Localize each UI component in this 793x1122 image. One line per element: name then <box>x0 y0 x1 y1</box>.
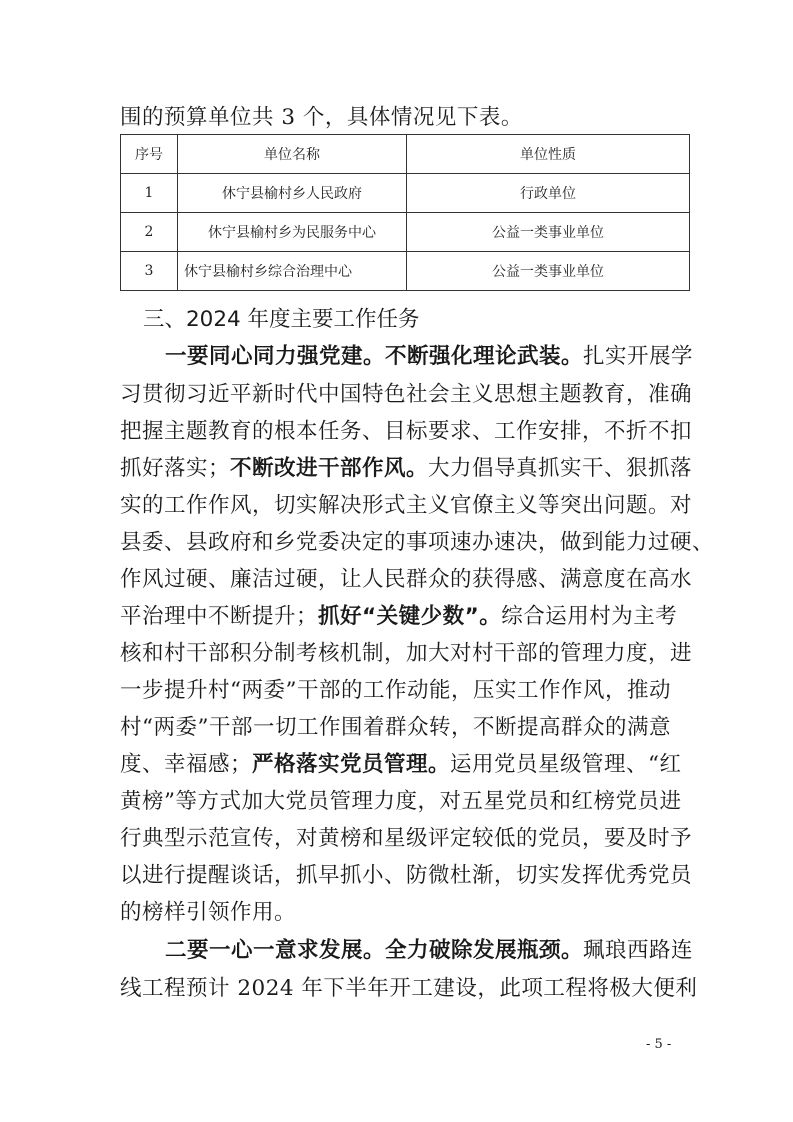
paragraph-line: 黄榜”等方式加大党员管理力度，对五星党员和红榜党员进 <box>120 788 690 816</box>
cell-unit-name: 休宁县榆村乡综合治理中心 <box>178 252 407 291</box>
paragraph-line: 平治理中不断提升；抓好“关键少数”。综合运用村为主考 <box>120 603 690 631</box>
cell-unit-name: 休宁县榆村乡为民服务中心 <box>178 213 407 252</box>
bold-lead: 一要同心同力强党建。不断强化理论武装。 <box>165 344 583 369</box>
text: 大力倡导真抓实干、狠抓落 <box>428 456 692 481</box>
cell-unit-name: 休宁县榆村乡人民政府 <box>178 174 407 213</box>
text: 度、幸福感； <box>120 752 252 777</box>
paragraph-line: 线工程预计 2024 年下半年开工建设，此项工程将极大便利 <box>120 975 690 1003</box>
table-row: 3 休宁县榆村乡综合治理中心 公益一类事业单位 <box>121 252 690 291</box>
paragraph-line: 实的工作作风，切实解决形式主义官僚主义等突出问题。对 <box>120 492 690 520</box>
paragraph-line: 习贯彻习近平新时代中国特色社会主义思想主题教育，准确 <box>120 381 690 409</box>
paragraph-line: 度、幸福感；严格落实党员管理。运用党员星级管理、“红 <box>120 751 690 779</box>
header-index: 序号 <box>121 135 178 174</box>
cell-index: 3 <box>121 252 178 291</box>
bold-lead: 二要一心一意求发展。全力破除发展瓶颈。 <box>165 938 583 963</box>
cell-unit-type: 公益一类事业单位 <box>407 213 690 252</box>
cell-index: 1 <box>121 174 178 213</box>
header-unit-name: 单位名称 <box>178 135 407 174</box>
bold-lead: 抓好“关键少数”。 <box>318 604 501 629</box>
text: 扎实开展学 <box>583 344 693 369</box>
table-header-row: 序号 单位名称 单位性质 <box>121 135 690 174</box>
text: 平治理中不断提升； <box>120 604 318 629</box>
cell-unit-type: 行政单位 <box>407 174 690 213</box>
paragraph-line: 行典型示范宣传，对黄榜和星级评定较低的党员，要及时予 <box>120 825 690 853</box>
bold-lead: 严格落实党员管理。 <box>252 752 450 777</box>
paragraph-line: 一步提升村“两委”干部的工作动能，压实工作作风，推动 <box>120 677 690 705</box>
text: 抓好落实； <box>120 456 230 481</box>
paragraph-line: 县委、县政府和乡党委决定的事项速办速决，做到能力过硬、 <box>120 529 690 557</box>
paragraph-line: 一要同心同力强党建。不断强化理论武装。扎实开展学 <box>165 343 690 371</box>
bold-lead: 不断改进干部作风。 <box>230 456 428 481</box>
text: 珮琅西路连 <box>583 938 693 963</box>
table-row: 1 休宁县榆村乡人民政府 行政单位 <box>121 174 690 213</box>
page-number: - 5 - <box>646 1037 671 1052</box>
paragraph-line: 以进行提醒谈话，抓早抓小、防微杜渐，切实发挥优秀党员 <box>120 862 690 890</box>
paragraph-line: 二要一心一意求发展。全力破除发展瓶颈。珮琅西路连 <box>165 937 690 965</box>
paragraph-line: 抓好落实；不断改进干部作风。大力倡导真抓实干、狠抓落 <box>120 455 690 483</box>
paragraph-line: 核和村干部积分制考核机制，加大对村干部的管理力度，进 <box>120 640 690 668</box>
paragraph-line: 作风过硬、廉洁过硬，让人民群众的获得感、满意度在高水 <box>120 566 690 594</box>
text: 运用党员星级管理、“红 <box>450 752 682 777</box>
paragraph-line: 村“两委”干部一切工作围着群众转，不断提高群众的满意 <box>120 714 690 742</box>
intro-line: 围的预算单位共 3 个，具体情况见下表。 <box>120 104 690 132</box>
header-unit-type: 单位性质 <box>407 135 690 174</box>
text: 综合运用村为主考 <box>501 604 677 629</box>
paragraph-line: 把握主题教育的根本任务、目标要求、工作安排，不折不扣 <box>120 418 690 446</box>
cell-unit-type: 公益一类事业单位 <box>407 252 690 291</box>
table-row: 2 休宁县榆村乡为民服务中心 公益一类事业单位 <box>121 213 690 252</box>
section-heading: 三、2024 年度主要工作任务 <box>143 306 420 334</box>
budget-units-table: 序号 单位名称 单位性质 1 休宁县榆村乡人民政府 行政单位 2 休宁县榆村乡为… <box>120 134 690 291</box>
paragraph-line: 的榜样引领作用。 <box>120 899 690 927</box>
cell-index: 2 <box>121 213 178 252</box>
